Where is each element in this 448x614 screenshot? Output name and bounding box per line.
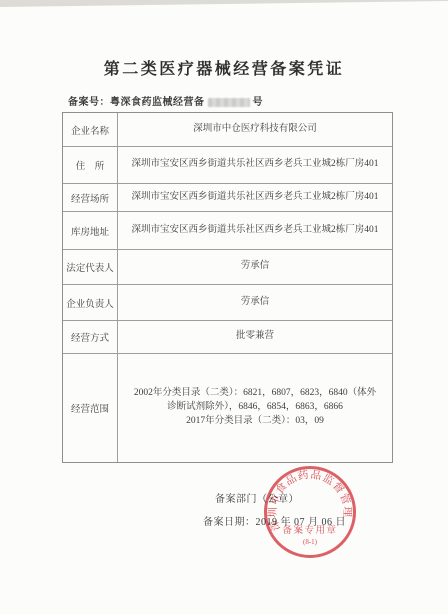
filing-date-label: 备案日期：	[203, 517, 256, 528]
document-title: 第二类医疗器械经营备案凭证	[0, 56, 448, 79]
row-label: 住 所	[63, 147, 118, 183]
table-row-business-premises: 经营场所 深圳市宝安区西乡街道共乐社区西乡老兵工业城2栋厂房401	[63, 184, 392, 212]
table-row-business-scope: 经营范围 2002年分类目录（二类）：6821，6807，6823，6840（体…	[63, 354, 392, 462]
seal-circle	[266, 468, 355, 557]
filing-department-line: 备案部门（公章）	[215, 490, 299, 505]
row-value: 劳承信	[118, 250, 392, 284]
filing-number-label: 备案号：	[68, 97, 110, 108]
filing-number-prefix: 粤深食药监械经营备	[110, 97, 205, 108]
table-row-business-mode: 经营方式 批零兼营	[63, 321, 392, 354]
row-value: 批零兼营	[118, 321, 392, 353]
certificate-table: 企业名称 深圳市中仓医疗科技有限公司 住 所 深圳市宝安区西乡街道共乐社区西乡老…	[62, 112, 393, 463]
redaction-blur	[208, 98, 250, 107]
filing-number-line: 备案号：粤深食药监械经营备号	[68, 93, 263, 108]
row-label: 经营方式	[63, 321, 118, 353]
row-label: 经营场所	[63, 184, 118, 211]
row-label: 法定代表人	[63, 250, 118, 284]
row-label: 经营范围	[63, 354, 118, 462]
filing-date-line: 备案日期：2019 年 07 月 06 日	[203, 513, 346, 528]
row-value: 深圳市宝安区西乡街道共乐社区西乡老兵工业城2栋厂房401	[118, 147, 392, 183]
filing-number-suffix: 号	[253, 97, 264, 108]
table-row-company-head: 企业负责人 劳承信	[63, 285, 392, 321]
row-label: 企业名称	[63, 113, 118, 146]
scope-line-2017: 2017年分类目录（二类）：03，09	[186, 415, 324, 429]
scan-edge-artifact	[0, 0, 448, 8]
row-label: 库房地址	[63, 212, 118, 249]
filing-date-value: 2019 年 07 月 06 日	[256, 517, 347, 528]
table-row-legal-representative: 法定代表人 劳承信	[63, 250, 392, 285]
row-value: 深圳市宝安区西乡街道共乐社区西乡老兵工业城2栋厂房401	[118, 212, 392, 249]
table-row-warehouse-address: 库房地址 深圳市宝安区西乡街道共乐社区西乡老兵工业城2栋厂房401	[63, 212, 392, 250]
seal-number-text: (8-1)	[303, 538, 318, 546]
row-value: 劳承信	[118, 285, 392, 320]
row-value: 2002年分类目录（二类）：6821，6807，6823，6840（体外诊断试剂…	[118, 354, 392, 462]
scope-line-2002: 2002年分类目录（二类）：6821，6807，6823，6840（体外诊断试剂…	[130, 387, 380, 415]
certificate-page: 第二类医疗器械经营备案凭证 备案号：粤深食药监械经营备号 企业名称 深圳市中仓医…	[0, 0, 448, 614]
table-row-company-name: 企业名称 深圳市中仓医疗科技有限公司	[63, 113, 392, 147]
row-label: 企业负责人	[63, 285, 118, 320]
table-row-residence: 住 所 深圳市宝安区西乡街道共乐社区西乡老兵工业城2栋厂房401	[63, 147, 392, 184]
row-value: 深圳市宝安区西乡街道共乐社区西乡老兵工业城2栋厂房401	[118, 184, 392, 211]
row-value: 深圳市中仓医疗科技有限公司	[118, 113, 392, 146]
